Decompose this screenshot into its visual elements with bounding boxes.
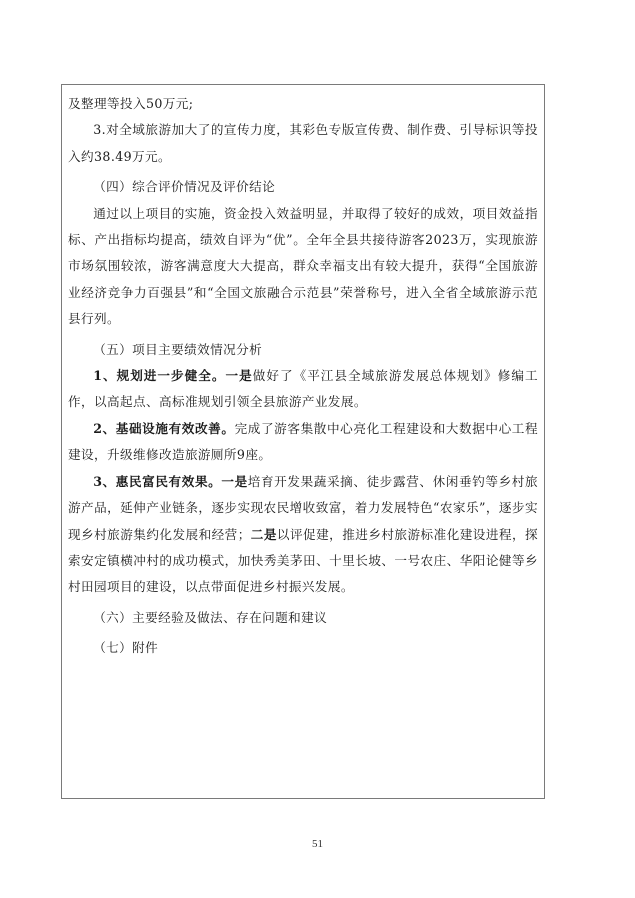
paragraph-infrastructure: 2、基础设施有效改善。完成了游客集散中心亮化工程建设和大数据中心工程建设，升级维… — [68, 416, 538, 469]
paragraph-benefit-people: 3、惠民富民有效果。一是培育开发果蔬采摘、徒步露营、休闲垂钓等乡村旅游产品，延伸… — [68, 469, 538, 601]
benefit-title: 3、惠民富民有效果。 — [93, 474, 221, 489]
planning-title: 1、规划进一步健全。 — [93, 368, 225, 383]
paragraph-investment-continued: 及整理等投入50万元; — [68, 91, 538, 117]
page-number: 51 — [0, 838, 635, 850]
document-body: 及整理等投入50万元; 3.对全域旅游加大了的宣传力度，其彩色专版宣传费、制作费… — [68, 91, 538, 662]
section-heading-evaluation: （四）综合评价情况及评价结论 — [68, 174, 538, 200]
benefit-lead-1: 一是 — [221, 474, 247, 489]
paragraph-evaluation-conclusion: 通过以上项目的实施，资金投入效益明显，并取得了较好的成效，项目效益指标、产出指标… — [68, 201, 538, 333]
section-heading-performance: （五）项目主要绩效情况分析 — [68, 337, 538, 363]
paragraph-promotion-investment: 3.对全域旅游加大了的宣传力度，其彩色专版宣传费、制作费、引导标识等投入约38.… — [68, 117, 538, 170]
infrastructure-title: 2、基础设施有效改善。 — [93, 421, 234, 436]
section-heading-attachments: （七）附件 — [68, 635, 538, 661]
planning-lead: 一是 — [226, 368, 253, 383]
paragraph-planning: 1、规划进一步健全。一是做好了《平江县全域旅游发展总体规划》修编工作，以高起点、… — [68, 363, 538, 416]
benefit-lead-2: 二是 — [251, 527, 277, 542]
section-heading-experience: （六）主要经验及做法、存在问题和建议 — [68, 605, 538, 631]
content-table-cell: 及整理等投入50万元; 3.对全域旅游加大了的宣传力度，其彩色专版宣传费、制作费… — [61, 84, 545, 799]
